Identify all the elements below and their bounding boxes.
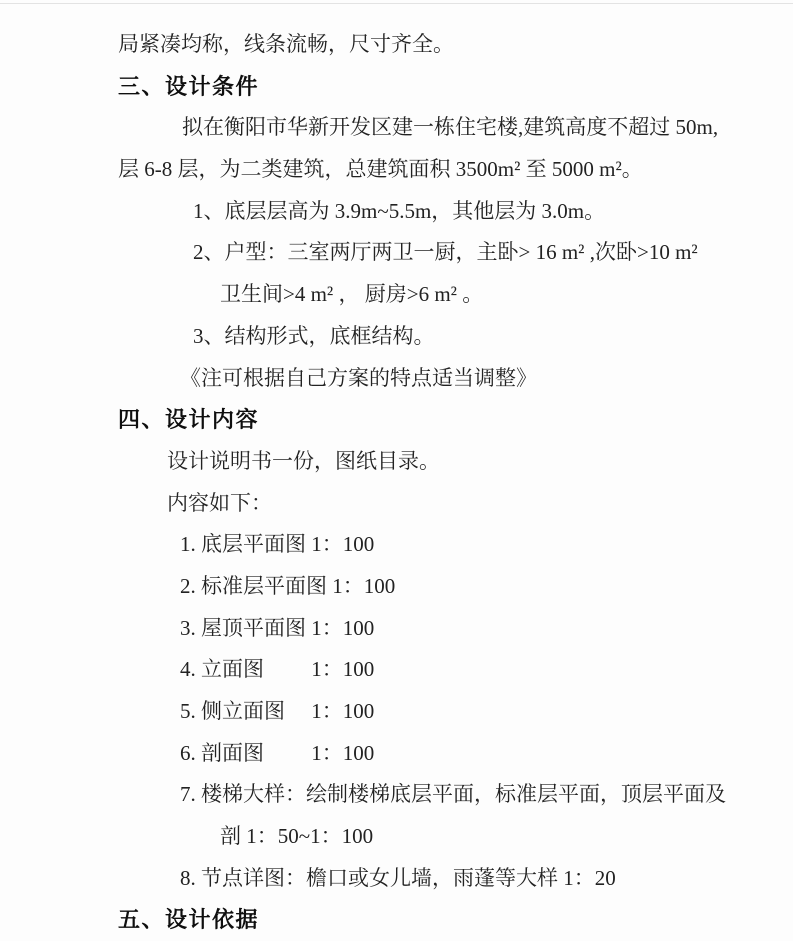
section-3-conditions-list: 1、底层层高为 3.9m~5.5m，其他层为 3.0m。 2、户型：三室两厅两卫… — [118, 191, 733, 399]
drawing-item-5: 5. 侧立面图 1：100 — [180, 691, 733, 733]
section-4-contents-label: 内容如下： — [167, 483, 733, 525]
drawing-item-3: 3. 屋顶平面图 1：100 — [180, 608, 733, 650]
section-3-heading: 三、设计条件 — [118, 66, 733, 108]
drawing-item-7: 7. 楼梯大样：绘制楼梯底层平面，标准层平面，顶层平面及 — [180, 774, 733, 816]
page-top-rule — [0, 3, 793, 4]
intro-text-line: 局紧凑均称，线条流畅，尺寸齐全。 — [118, 24, 733, 66]
condition-item-1: 1、底层层高为 3.9m~5.5m，其他层为 3.0m。 — [193, 191, 733, 233]
section-5-heading: 五、设计依据 — [118, 899, 733, 941]
drawing-item-7-continued: 剖 1：50~1：100 — [220, 816, 733, 858]
section-4-intro-line: 设计说明书一份，图纸目录。 — [167, 441, 733, 483]
paragraph-line: 拟在衡阳市华新开发区建一栋住宅楼,建筑高度不超过 50m, — [182, 107, 733, 149]
drawing-item-6: 6. 剖面图 1：100 — [180, 733, 733, 775]
document-page: 局紧凑均称，线条流畅，尺寸齐全。 三、设计条件 拟在衡阳市华新开发区建一栋住宅楼… — [0, 0, 793, 941]
section-3-paragraph: 拟在衡阳市华新开发区建一栋住宅楼,建筑高度不超过 50m, 层 6-8 层，为二… — [118, 107, 733, 190]
drawing-item-2: 2. 标准层平面图 1：100 — [180, 566, 733, 608]
condition-item-2: 2、户型：三室两厅两卫一厨，主卧> 16 m² ,次卧>10 m² — [193, 232, 733, 274]
drawing-item-1: 1. 底层平面图 1：100 — [180, 524, 733, 566]
paragraph-line: 层 6-8 层，为二类建筑，总建筑面积 3500m² 至 5000 m²。 — [118, 149, 733, 191]
drawing-list: 1. 底层平面图 1：100 2. 标准层平面图 1：100 3. 屋顶平面图 … — [118, 524, 733, 899]
condition-item-2-continued: 卫生间>4 m² ， 厨房>6 m² 。 — [220, 274, 733, 316]
section-4-heading: 四、设计内容 — [118, 399, 733, 441]
drawing-item-8: 8. 节点详图：檐口或女儿墙，雨蓬等大样 1：20 — [180, 858, 733, 900]
condition-item-3: 3、结构形式，底框结构。 — [193, 316, 733, 358]
adjustment-note: 《注可根据自己方案的特点适当调整》 — [180, 358, 733, 400]
drawing-item-4: 4. 立面图 1：100 — [180, 649, 733, 691]
